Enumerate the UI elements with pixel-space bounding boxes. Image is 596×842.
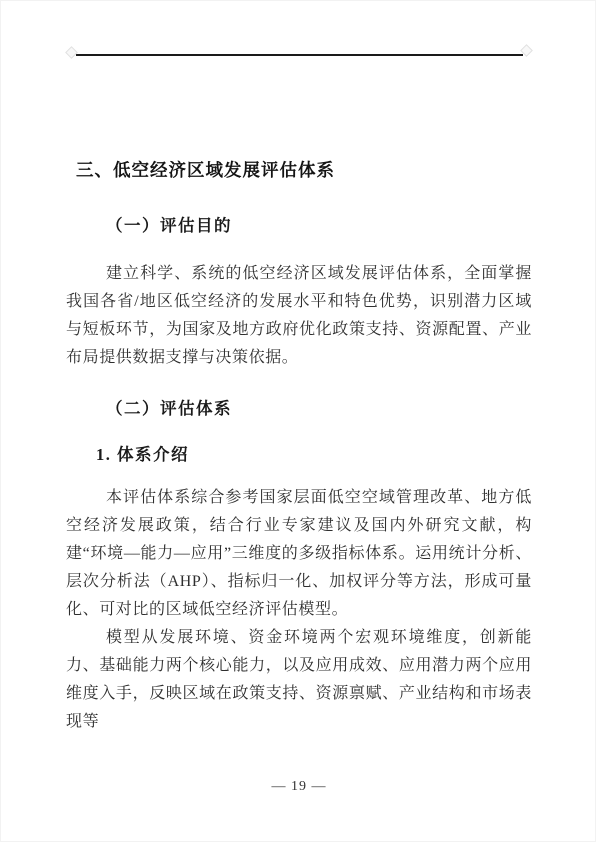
document-page: 三、低空经济区域发展评估体系 （一）评估目的 建立科学、系统的低空经济区域发展评… <box>0 0 596 842</box>
chapter-heading: 三、低空经济区域发展评估体系 <box>76 159 532 182</box>
page-number: — 19 — <box>1 779 596 795</box>
section-2-heading: （二）评估体系 <box>106 398 532 419</box>
subsection-paragraph-1: 本评估体系综合参考国家层面低空空域管理改革、地方低空经济发展政策，结合行业专家建… <box>66 484 532 624</box>
section-1-heading: （一）评估目的 <box>106 215 532 236</box>
subsection-1-heading: 1. 体系介绍 <box>96 444 532 465</box>
section-1-paragraph: 建立科学、系统的低空经济区域发展评估体系，全面掌握我国各省/地区低空经济的发展水… <box>66 260 532 372</box>
document-body: 三、低空经济区域发展评估体系 （一）评估目的 建立科学、系统的低空经济区域发展评… <box>66 1 532 736</box>
subsection-paragraph-2: 模型从发展环境、资金环境两个宏观环境维度，创新能力、基础能力两个核心能力，以及应… <box>66 624 532 736</box>
